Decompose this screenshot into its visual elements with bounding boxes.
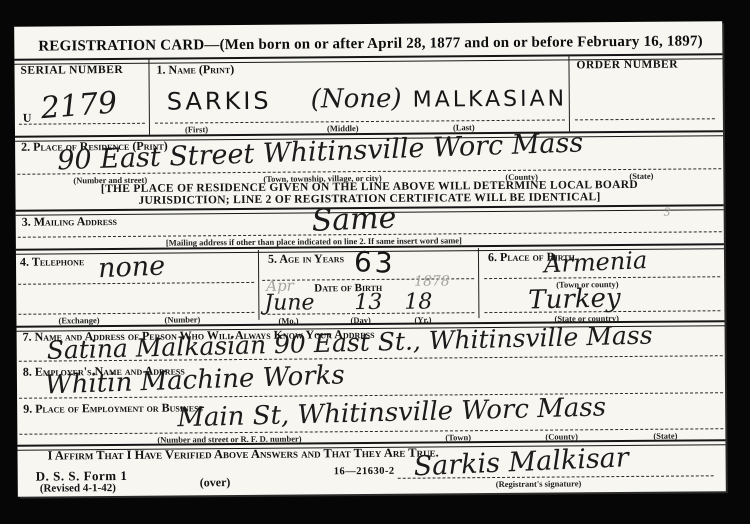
over-note: (over) <box>200 475 231 490</box>
first-sublabel: (First) <box>185 124 208 134</box>
age-label: 5. Age in Years <box>268 251 344 267</box>
employment-dotted-line <box>19 427 723 435</box>
form-code: 16—21630-2 <box>334 466 395 477</box>
age-handwriting: 63 <box>353 245 396 280</box>
birth-town-handwriting: Armenia <box>543 246 647 278</box>
name-middle-handwriting: (None) <box>311 84 402 115</box>
affirmation-text: I Affirm That I Have Verified Above Answ… <box>47 445 438 463</box>
dob-pencil-year: 1878 <box>414 273 450 289</box>
telephone-label: 4. Telephone <box>20 254 84 270</box>
serial-number-label: SERIAL NUMBER <box>20 64 123 77</box>
exchange-sublabel: (Exchange) <box>58 315 99 325</box>
middle-sublabel: (Middle) <box>327 123 359 133</box>
mailing-label: 3. Mailing Address <box>22 214 117 230</box>
telephone-dotted-line2 <box>18 311 254 315</box>
employment-place-handwriting: Main St, Whitinsville Worc Mass <box>177 392 606 433</box>
name-first-handwriting: SARKIS <box>167 87 272 116</box>
telephone-dotted-line1 <box>18 281 254 285</box>
order-dotted-line <box>575 117 715 120</box>
order-number-label: ORDER NUMBER <box>576 59 678 72</box>
form-revised: (Revised 4-1-42) <box>40 482 116 495</box>
divider-serial-name <box>148 59 150 135</box>
telephone-handwriting: none <box>97 250 165 284</box>
name-dotted-line <box>155 118 565 123</box>
divider-name-order <box>568 55 570 131</box>
divider-telephone-age <box>258 250 260 320</box>
card-title: REGISTRATION CARD—(Men born on or after … <box>38 33 703 55</box>
serial-value-handwriting: 2179 <box>40 85 119 126</box>
registration-card: REGISTRATION CARD—(Men born on or after … <box>14 21 726 497</box>
signature-sublabel: (Registrant's signature) <box>496 478 582 489</box>
divider-age-birth <box>478 248 480 318</box>
name-last-handwriting: MALKASIAN <box>413 86 568 112</box>
serial-dotted-line <box>19 122 145 125</box>
margin-mark: 3 <box>664 206 671 219</box>
number-sublabel: (Number) <box>164 314 200 324</box>
name-label: 1. Name (Print) <box>156 62 234 78</box>
